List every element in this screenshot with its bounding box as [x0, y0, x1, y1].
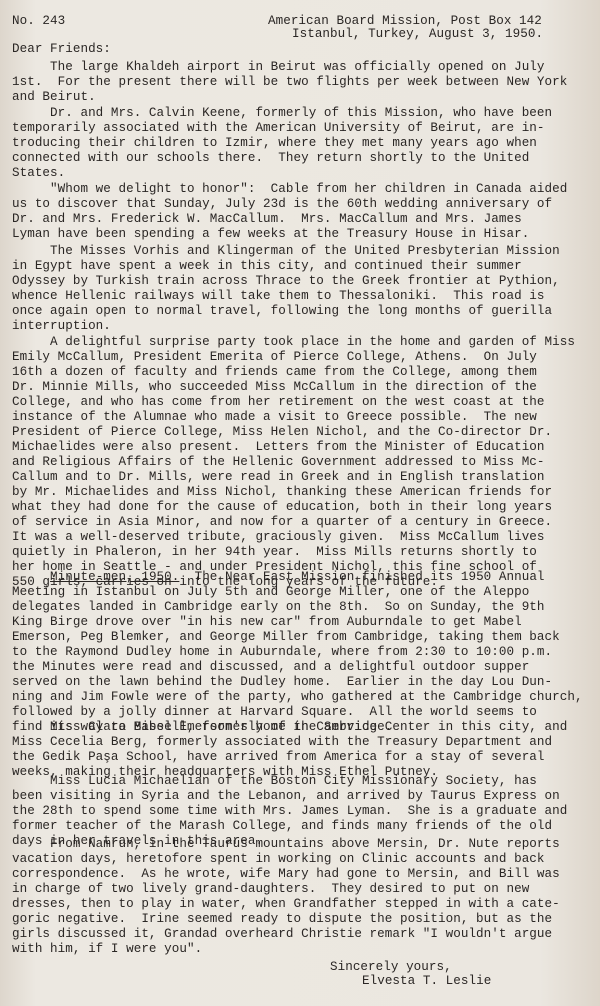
text-line: vacation days, heretofore spent in worki… — [12, 852, 545, 867]
text-line: Meeting in Istanbul on July 5th and Geor… — [12, 585, 529, 600]
text-line: of service in Asia Minor, and now for a … — [12, 515, 552, 530]
text-line: followed by a jolly dinner at Harvard Sq… — [12, 705, 537, 720]
text-line: Dr. Minnie Mills, who succeeded Miss McC… — [12, 380, 537, 395]
text-line: 16th a dozen of faculty and friends came… — [12, 365, 537, 380]
text-line: in charge of two lively grand-daughters.… — [12, 882, 529, 897]
text-line: The Misses Vorhis and Klingerman of the … — [12, 244, 560, 259]
salutation: Dear Friends: — [12, 42, 111, 57]
text-line: 1st. For the present there will be two f… — [12, 75, 567, 90]
text-line: by Mr. Michaelides and Miss Nichol, than… — [12, 485, 552, 500]
letter-page: No. 243 American Board Mission, Post Box… — [0, 0, 600, 1006]
text-line: girls discussed it, Grandad overheard Ch… — [12, 927, 552, 942]
text-line: us to discover that Sunday, July 23d is … — [12, 197, 552, 212]
text-line: troducing their children to Izmir, where… — [12, 136, 537, 151]
text-line: in Egypt have spent a week in this city,… — [12, 259, 522, 274]
text-line: Odyssey by Turkish train across Thrace t… — [12, 274, 560, 289]
text-line: interruption. — [12, 319, 111, 334]
text-line: ning and Jim Fowle were of the party, wh… — [12, 690, 583, 705]
text-line: dresses, then to play in water, when Gra… — [12, 897, 560, 912]
text-line: with him, if I were you". — [12, 942, 202, 957]
text-line: Dr. and Mrs. Frederick W. MacCallum. Mrs… — [12, 212, 522, 227]
text-line: served on the lawn behind the Dudley hom… — [12, 675, 552, 690]
text-line: the Gedik Paşa School, have arrived from… — [12, 750, 545, 765]
text-line: States. — [12, 166, 65, 181]
text-line: College, and who has come from her retir… — [12, 395, 545, 410]
text-line: been visiting in Syria and the Lebanon, … — [12, 789, 560, 804]
text-line: former teacher of the Marash College, an… — [12, 819, 552, 834]
text-line: the 28th to spend some time with Mrs. Ja… — [12, 804, 567, 819]
letter-number: No. 243 — [12, 14, 65, 29]
text-line: Callum and to Dr. Mills, were read in Gr… — [12, 470, 545, 485]
text-line: to the Raymond Dudley home in Auburndale… — [12, 645, 552, 660]
text-line: The large Khaldeh airport in Beirut was … — [12, 60, 545, 75]
text-line: Minute-men, 1950. The Near East Mission … — [12, 570, 545, 585]
text-line: the Minutes were read and discussed, and… — [12, 660, 529, 675]
text-line: and Beirut. — [12, 90, 96, 105]
text-line: what they had done for the cause of educ… — [12, 500, 552, 515]
text-line: Dr. and Mrs. Calvin Keene, formerly of t… — [12, 106, 552, 121]
text-line: temporarily associated with the American… — [12, 121, 545, 136]
text-line: A delightful surprise party took place i… — [12, 335, 575, 350]
text-line: Miss Cecelia Berg, formerly associated w… — [12, 735, 552, 750]
text-line: President of Pierce College, Miss Helen … — [12, 425, 552, 440]
text-line: Emerson, Peg Blemker, and George Miller … — [12, 630, 560, 645]
text-line: Emily McCallum, President Emerita of Pie… — [12, 350, 537, 365]
text-line: instance of the Alumnae who made a visit… — [12, 410, 537, 425]
valediction: Sincerely yours, — [330, 960, 452, 975]
text-line: delegates landed in Cambridge early on t… — [12, 600, 545, 615]
text-line: connected with our schools there. They r… — [12, 151, 529, 166]
text-line: Lyman have been spending a few weeks at … — [12, 227, 529, 242]
section-heading: Minute-men, 1950. — [50, 570, 179, 584]
signature: Elvesta T. Leslie — [362, 974, 491, 989]
text-line: correspondence. As he wrote, wife Mary h… — [12, 867, 560, 882]
text-line: Miss Lucia Michaelian of the Boston City… — [12, 774, 537, 789]
text-line: quietly in Phaleron, in her 94th year. M… — [12, 545, 537, 560]
address-line-2: Istanbul, Turkey, August 3, 1950. — [292, 27, 543, 42]
text-line: From Namrun, in the Taurus mountains abo… — [12, 837, 560, 852]
text-line: whence Hellenic railways will take them … — [12, 289, 545, 304]
text-line: Michaelides were also present. Letters f… — [12, 440, 545, 455]
text-line: It was a well-deserved tribute, gracious… — [12, 530, 545, 545]
text-line: King Birge drove over "in his new car" f… — [12, 615, 522, 630]
text-line: and Religious Affairs of the Hellenic Go… — [12, 455, 545, 470]
text-line: Miss Clara Bissell, formerly of the Serv… — [12, 720, 567, 735]
text-line: "Whom we delight to honor": Cable from h… — [12, 182, 567, 197]
text-line: once again open to normal travel, follow… — [12, 304, 552, 319]
text-line: goric negative. Irine seemed ready to di… — [12, 912, 552, 927]
